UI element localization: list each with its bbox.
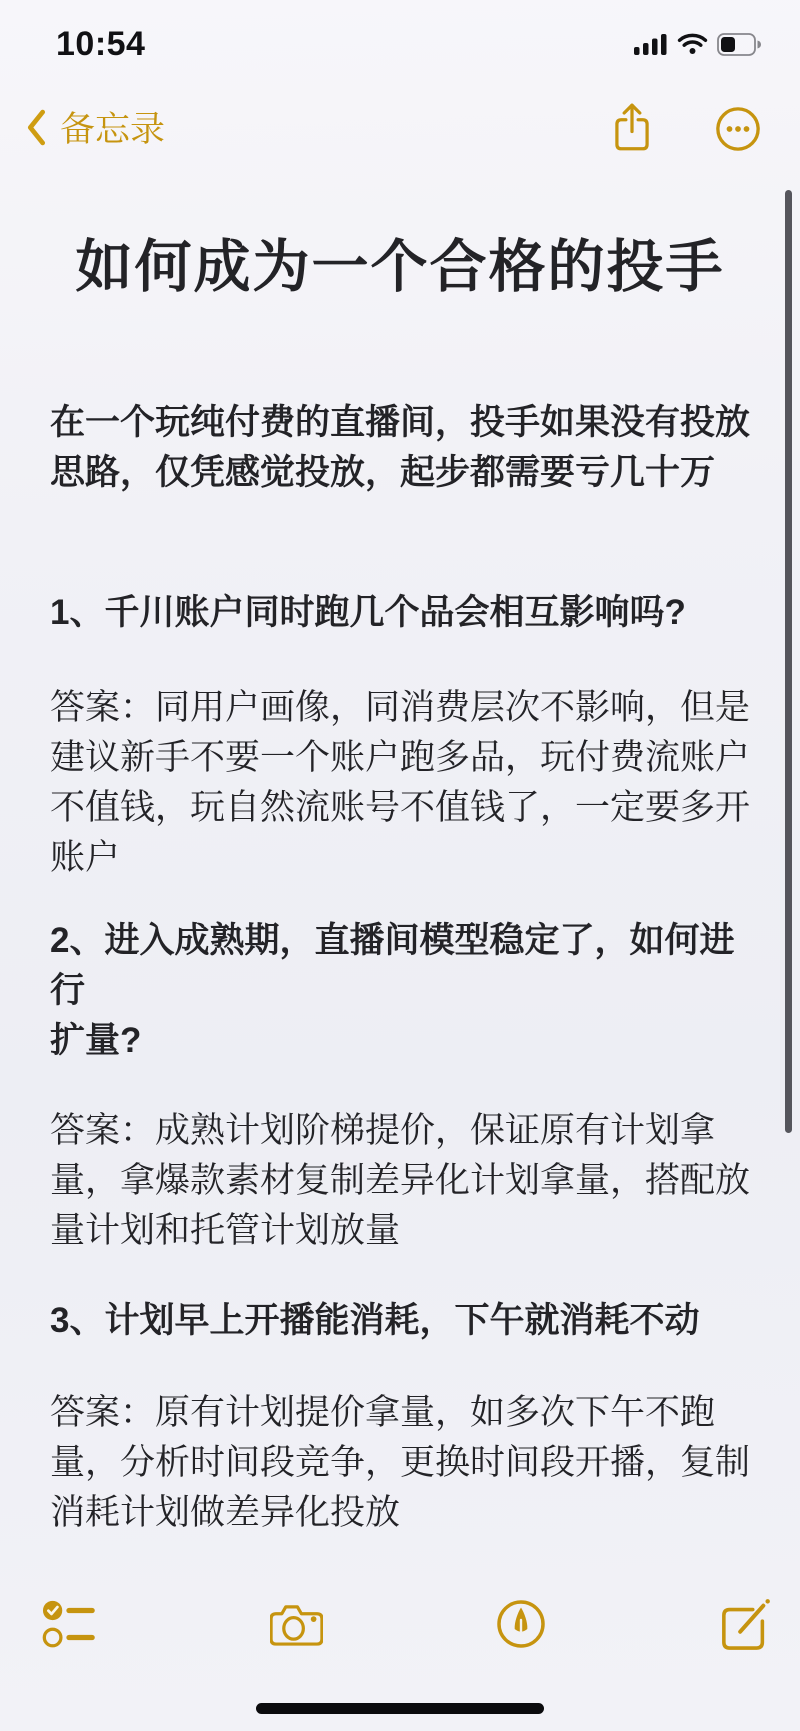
scrollbar[interactable] bbox=[785, 190, 792, 1133]
wifi-icon bbox=[677, 33, 708, 55]
status-icons bbox=[634, 33, 762, 56]
note-block-question: 2、进入成熟期，直播间模型稳定了，如何进行 扩量? bbox=[50, 916, 750, 1066]
checklist-icon bbox=[42, 1599, 96, 1649]
compose-icon bbox=[720, 1596, 772, 1652]
status-bar: 10:54 bbox=[0, 22, 800, 66]
status-time: 10:54 bbox=[56, 25, 145, 64]
checklist-button[interactable] bbox=[42, 1599, 96, 1649]
camera-button[interactable] bbox=[270, 1602, 323, 1647]
note-block-question: 1、千川账户同时跑几个品会相互影响吗? bbox=[50, 588, 750, 638]
more-button[interactable] bbox=[715, 106, 761, 152]
battery-icon bbox=[717, 33, 762, 56]
back-chevron-icon bbox=[26, 109, 47, 146]
note-block-answer: 答案：原有计划提价拿量，如多次下午不跑 量，分析时间段竞争，更换时间段开播，复制… bbox=[50, 1388, 750, 1538]
markup-button[interactable] bbox=[496, 1599, 546, 1649]
nav-actions bbox=[613, 102, 761, 152]
nav-bar: 备忘录 bbox=[0, 96, 800, 158]
share-button[interactable] bbox=[613, 102, 651, 152]
camera-icon bbox=[270, 1602, 323, 1647]
notes-app-screen: 10:54 备忘录 bbox=[0, 0, 800, 1731]
compose-button[interactable] bbox=[720, 1596, 772, 1652]
markup-pen-icon bbox=[496, 1599, 546, 1649]
note-block-lead: 在一个玩纯付费的直播间，投手如果没有投放 思路，仅凭感觉投放，起步都需要亏几十万 bbox=[50, 398, 750, 498]
note-block-question: 3、计划早上开播能消耗，下午就消耗不动 bbox=[50, 1296, 750, 1346]
note-block-answer: 答案：同用户画像，同消费层次不影响，但是 建议新手不要一个账户跑多品，玩付费流账… bbox=[50, 683, 750, 883]
note-body[interactable]: 如何成为一个合格的投手在一个玩纯付费的直播间，投手如果没有投放 思路，仅凭感觉投… bbox=[50, 150, 750, 1538]
back-button[interactable]: 备忘录 bbox=[26, 102, 165, 152]
back-label: 备忘录 bbox=[60, 102, 165, 152]
share-icon bbox=[613, 102, 651, 152]
home-indicator[interactable] bbox=[256, 1703, 544, 1714]
note-block-answer: 答案：成熟计划阶梯提价，保证原有计划拿 量，拿爆款素材复制差异化计划拿量，搭配放… bbox=[50, 1106, 750, 1256]
bottom-toolbar bbox=[0, 1592, 800, 1656]
ellipsis-circle-icon bbox=[715, 106, 761, 152]
note-block-title: 如何成为一个合格的投手 bbox=[50, 234, 750, 300]
cellular-signal-icon bbox=[634, 33, 668, 56]
